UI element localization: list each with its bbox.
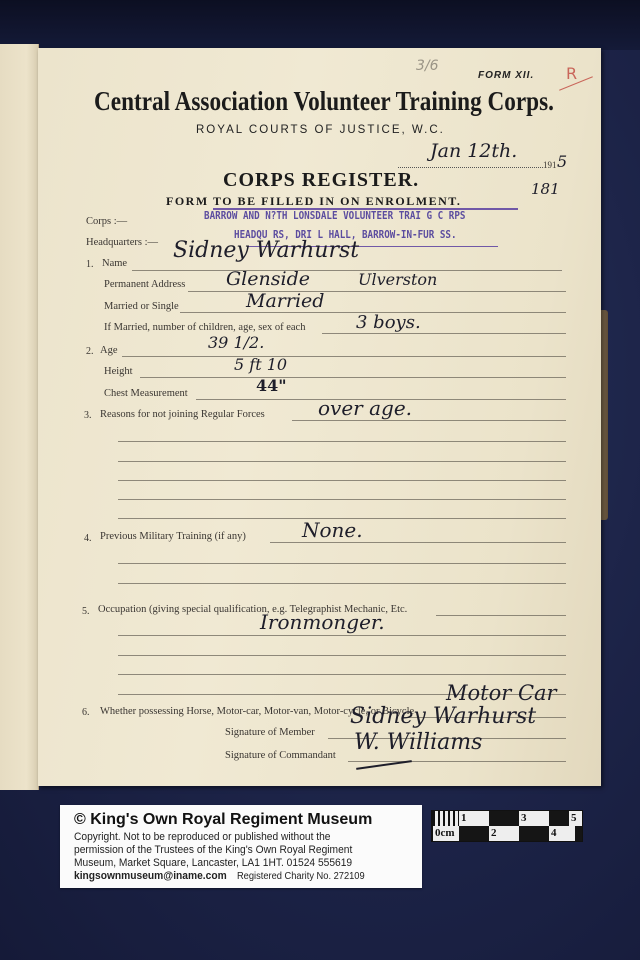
field-number-4: 4. xyxy=(84,533,92,544)
commandant-signature-value[interactable]: W. Williams xyxy=(354,730,482,755)
occupation-blank-line-1 xyxy=(118,635,566,636)
reasons-blank-line-2 xyxy=(118,461,566,462)
register-number: 181 xyxy=(531,180,560,198)
training-blank-line-2 xyxy=(118,583,566,584)
reasons-blank-line-4 xyxy=(118,499,566,500)
address-value[interactable]: Glenside xyxy=(226,268,310,290)
scale-tick-3: 3 xyxy=(519,811,549,826)
scale-unit: 0cm xyxy=(433,826,459,841)
form-subtitle: ROYAL COURTS OF JUSTICE, W.C. xyxy=(196,124,445,136)
corps-label: Corps :— xyxy=(86,216,127,227)
scale-block xyxy=(519,826,549,841)
occupation-value[interactable]: Ironmonger. xyxy=(260,610,385,634)
field-number-5: 5. xyxy=(82,606,90,617)
scale-tick-4: 4 xyxy=(549,826,575,841)
training-label: Previous Military Training (if any) xyxy=(100,531,246,542)
scale-block xyxy=(489,811,519,826)
copyright-line-1: Copyright. Not to be reproduced or publi… xyxy=(74,831,330,843)
museum-title: © King's Own Royal Regiment Museum xyxy=(74,811,372,829)
occupation-line xyxy=(436,615,566,616)
reasons-label: Reasons for not joining Regular Forces xyxy=(100,409,265,420)
children-line xyxy=(322,333,566,334)
background-top xyxy=(0,0,640,50)
name-label: Name xyxy=(102,258,127,269)
pencil-reference: 3/6 xyxy=(416,58,439,74)
form-number: FORM XII. xyxy=(478,70,534,81)
register-title: CORPS REGISTER. xyxy=(223,169,419,192)
left-page xyxy=(0,44,39,790)
height-line xyxy=(140,377,566,378)
register-subtitle: FORM TO BE FILLED IN ON ENROLMENT. xyxy=(166,194,461,209)
occupation-blank-line-2 xyxy=(118,655,566,656)
occupation-blank-line-3 xyxy=(118,674,566,675)
address-town-value[interactable]: Ulverston xyxy=(358,270,437,289)
marital-label: Married or Single xyxy=(104,301,179,312)
form-title: Central Association Volunteer Training C… xyxy=(94,86,554,117)
age-value[interactable]: 39 1/2. xyxy=(208,333,264,352)
age-label: Age xyxy=(100,345,118,356)
date-dotted-line xyxy=(398,167,543,168)
name-value[interactable]: Sidney Warhurst xyxy=(173,238,359,263)
field-number-1: 1. xyxy=(86,259,94,270)
name-line xyxy=(132,270,562,271)
contact-line: kingsownmuseum@iname.com Registered Char… xyxy=(74,870,365,882)
reasons-blank-line-1 xyxy=(118,441,566,442)
scale-tick-5: 5 xyxy=(569,811,582,826)
red-mark: R xyxy=(566,64,577,83)
scale-block xyxy=(549,811,569,826)
museum-copyright-label: © King's Own Royal Regiment Museum Copyr… xyxy=(60,805,422,888)
chest-label: Chest Measurement xyxy=(104,388,188,399)
stamp-line-1: BARROW AND N?TH LONSDALE VOLUNTEER TRAI … xyxy=(204,210,465,222)
children-value[interactable]: 3 boys. xyxy=(356,312,421,333)
reasons-line xyxy=(292,420,566,421)
year-handwritten: 5 xyxy=(557,152,567,171)
field-number-3: 3. xyxy=(84,410,92,421)
scale-bar: 1 3 5 0cm 2 4 xyxy=(431,810,583,842)
vehicle-value[interactable]: Motor Car xyxy=(446,681,557,705)
scale-tick-1: 1 xyxy=(459,811,489,826)
address-line xyxy=(188,291,566,292)
scale-block xyxy=(459,826,489,841)
training-line xyxy=(270,542,566,543)
page-edge xyxy=(600,310,608,520)
museum-email[interactable]: kingsownmuseum@iname.com xyxy=(74,870,227,882)
reasons-value[interactable]: over age. xyxy=(318,396,412,420)
chest-value[interactable]: 44" xyxy=(256,376,287,395)
field-number-6: 6. xyxy=(82,707,90,718)
field-number-2: 2. xyxy=(86,346,94,357)
year-printed: 191 xyxy=(543,160,557,170)
age-line xyxy=(122,356,566,357)
headquarters-label: Headquarters :— xyxy=(86,237,158,248)
date-value: Jan 12th. xyxy=(430,140,517,162)
height-label: Height xyxy=(104,366,133,377)
copyright-line-3: Museum, Market Square, Lancaster, LA1 1H… xyxy=(74,857,352,869)
member-signature-label: Signature of Member xyxy=(225,727,315,738)
member-signature-value[interactable]: Sidney Warhurst xyxy=(350,704,536,729)
scale-mm-ticks xyxy=(433,811,459,826)
copyright-line-2: permission of the Trustees of the King's… xyxy=(74,844,352,856)
commandant-signature-line xyxy=(348,761,566,762)
commandant-signature-label: Signature of Commandant xyxy=(225,750,336,761)
marital-value[interactable]: Married xyxy=(246,290,324,312)
scale-tick-2: 2 xyxy=(489,826,519,841)
address-label: Permanent Address xyxy=(104,279,185,290)
register-form-page: 3/6 FORM XII. R Central Association Volu… xyxy=(38,48,601,786)
training-value[interactable]: None. xyxy=(302,518,363,542)
height-value[interactable]: 5 ft 10 xyxy=(234,355,287,374)
children-label: If Married, number of children, age, sex… xyxy=(104,322,305,333)
charity-number: Registered Charity No. 272109 xyxy=(237,871,365,882)
scale-block xyxy=(575,826,582,841)
training-blank-line-1 xyxy=(118,563,566,564)
reasons-blank-line-3 xyxy=(118,480,566,481)
